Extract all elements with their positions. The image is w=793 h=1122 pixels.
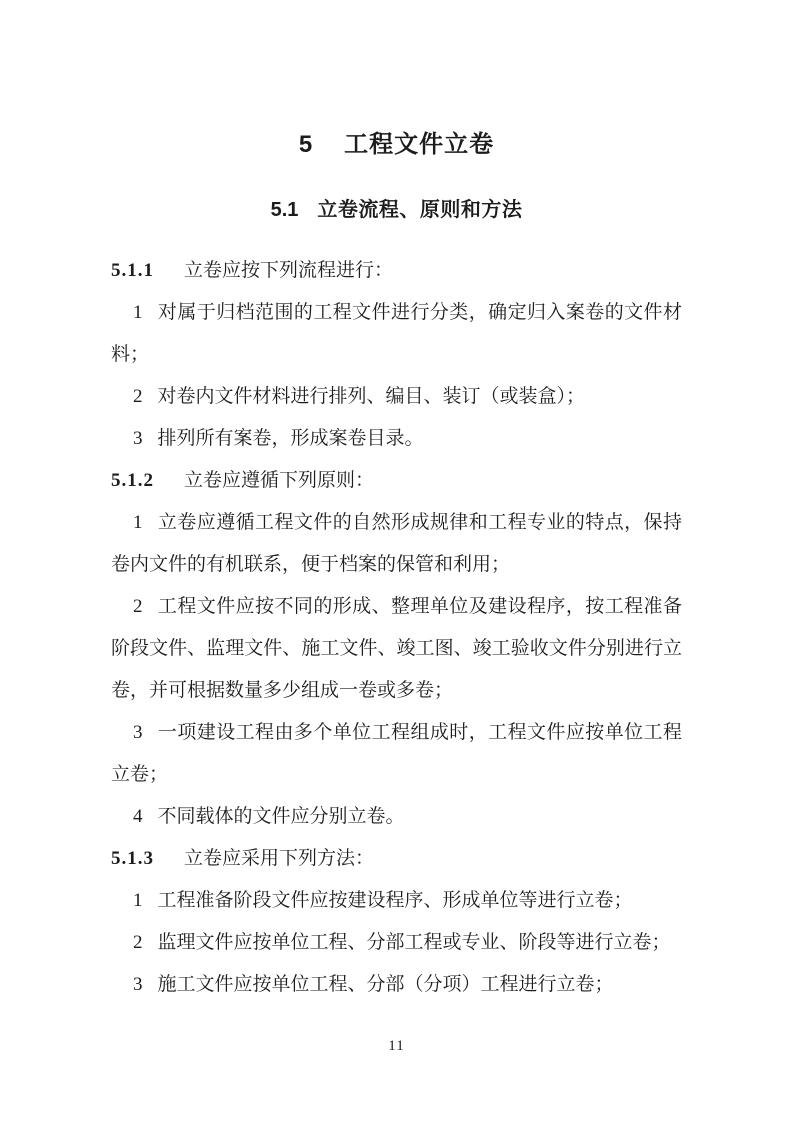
item-number: 4 (133, 806, 143, 827)
item-number: 3 (133, 974, 143, 995)
item-text: 施工文件应按单位工程、分部（分项）工程进行立卷； (158, 974, 614, 995)
clause-5-1-2-item-2: 2工程文件应按不同的形成、整理单位及建设程序，按工程准备阶段文件、监理文件、施工… (111, 586, 682, 712)
chapter-title-text: 工程文件立卷 (344, 131, 494, 158)
item-text: 对属于归档范围的工程文件进行分类，确定归入案卷的文件材料； (111, 302, 682, 365)
item-text: 一项建设工程由多个单位工程组成时，工程文件应按单位工程立卷； (111, 722, 682, 785)
clause-5-1-1-item-3: 3排列所有案卷，形成案卷目录。 (111, 418, 682, 460)
section-number: 5.1 (271, 199, 299, 221)
clause-lead-text: 立卷应遵循下列原则： (184, 470, 374, 491)
item-number: 1 (133, 890, 143, 911)
chapter-number: 5 (299, 131, 312, 158)
item-number: 2 (133, 386, 143, 407)
clause-5-1-2-item-3: 3一项建设工程由多个单位工程组成时，工程文件应按单位工程立卷； (111, 712, 682, 796)
clause-5-1-3-lead: 5.1.3立卷应采用下列方法： (111, 838, 682, 880)
clause-lead-text: 立卷应采用下列方法： (184, 848, 374, 869)
clause-5-1-3-item-3: 3施工文件应按单位工程、分部（分项）工程进行立卷； (111, 964, 682, 1006)
clause-5-1-1-item-2: 2对卷内文件材料进行排列、编目、装订（或装盒）； (111, 376, 682, 418)
clause-5-1-2-item-4: 4不同载体的文件应分别立卷。 (111, 796, 682, 838)
clause-number: 5.1.1 (111, 260, 154, 281)
clause-5-1-1-item-1: 1对属于归档范围的工程文件进行分类，确定归入案卷的文件材料； (111, 292, 682, 376)
page-number: 11 (0, 1036, 793, 1056)
item-text: 排列所有案卷，形成案卷目录。 (158, 428, 424, 449)
clause-5-1-1-lead: 5.1.1立卷应按下列流程进行： (111, 250, 682, 292)
item-number: 1 (133, 512, 143, 533)
item-text: 对卷内文件材料进行排列、编目、装订（或装盒）； (158, 386, 586, 407)
clause-number: 5.1.2 (111, 470, 154, 491)
item-text: 监理文件应按单位工程、分部工程或专业、阶段等进行立卷； (158, 932, 671, 953)
clause-5-1-2-lead: 5.1.2立卷应遵循下列原则： (111, 460, 682, 502)
clause-lead-text: 立卷应按下列流程进行： (184, 260, 393, 281)
item-text: 工程准备阶段文件应按建设程序、形成单位等进行立卷； (158, 890, 633, 911)
chapter-title: 5工程文件立卷 (0, 0, 793, 160)
clause-5-1-3-item-1: 1工程准备阶段文件应按建设程序、形成单位等进行立卷； (111, 880, 682, 922)
document-page: 5工程文件立卷 5.1立卷流程、原则和方法 5.1.1立卷应按下列流程进行： 1… (0, 0, 793, 1122)
item-text: 立卷应遵循工程文件的自然形成规律和工程专业的特点，保持卷内文件的有机联系，便于档… (111, 512, 682, 575)
item-number: 2 (133, 932, 143, 953)
clause-5-1-3-item-2: 2监理文件应按单位工程、分部工程或专业、阶段等进行立卷； (111, 922, 682, 964)
item-number: 3 (133, 428, 143, 449)
item-text: 不同载体的文件应分别立卷。 (158, 806, 405, 827)
item-number: 1 (133, 302, 143, 323)
item-text: 工程文件应按不同的形成、整理单位及建设程序，按工程准备阶段文件、监理文件、施工文… (111, 596, 682, 701)
item-number: 2 (133, 596, 143, 617)
clause-5-1-2-item-1: 1立卷应遵循工程文件的自然形成规律和工程专业的特点，保持卷内文件的有机联系，便于… (111, 502, 682, 586)
section-title: 5.1立卷流程、原则和方法 (0, 195, 793, 225)
item-number: 3 (133, 722, 143, 743)
clause-number: 5.1.3 (111, 848, 154, 869)
section-title-text: 立卷流程、原则和方法 (317, 199, 522, 221)
body-text: 5.1.1立卷应按下列流程进行： 1对属于归档范围的工程文件进行分类，确定归入案… (0, 250, 793, 1006)
